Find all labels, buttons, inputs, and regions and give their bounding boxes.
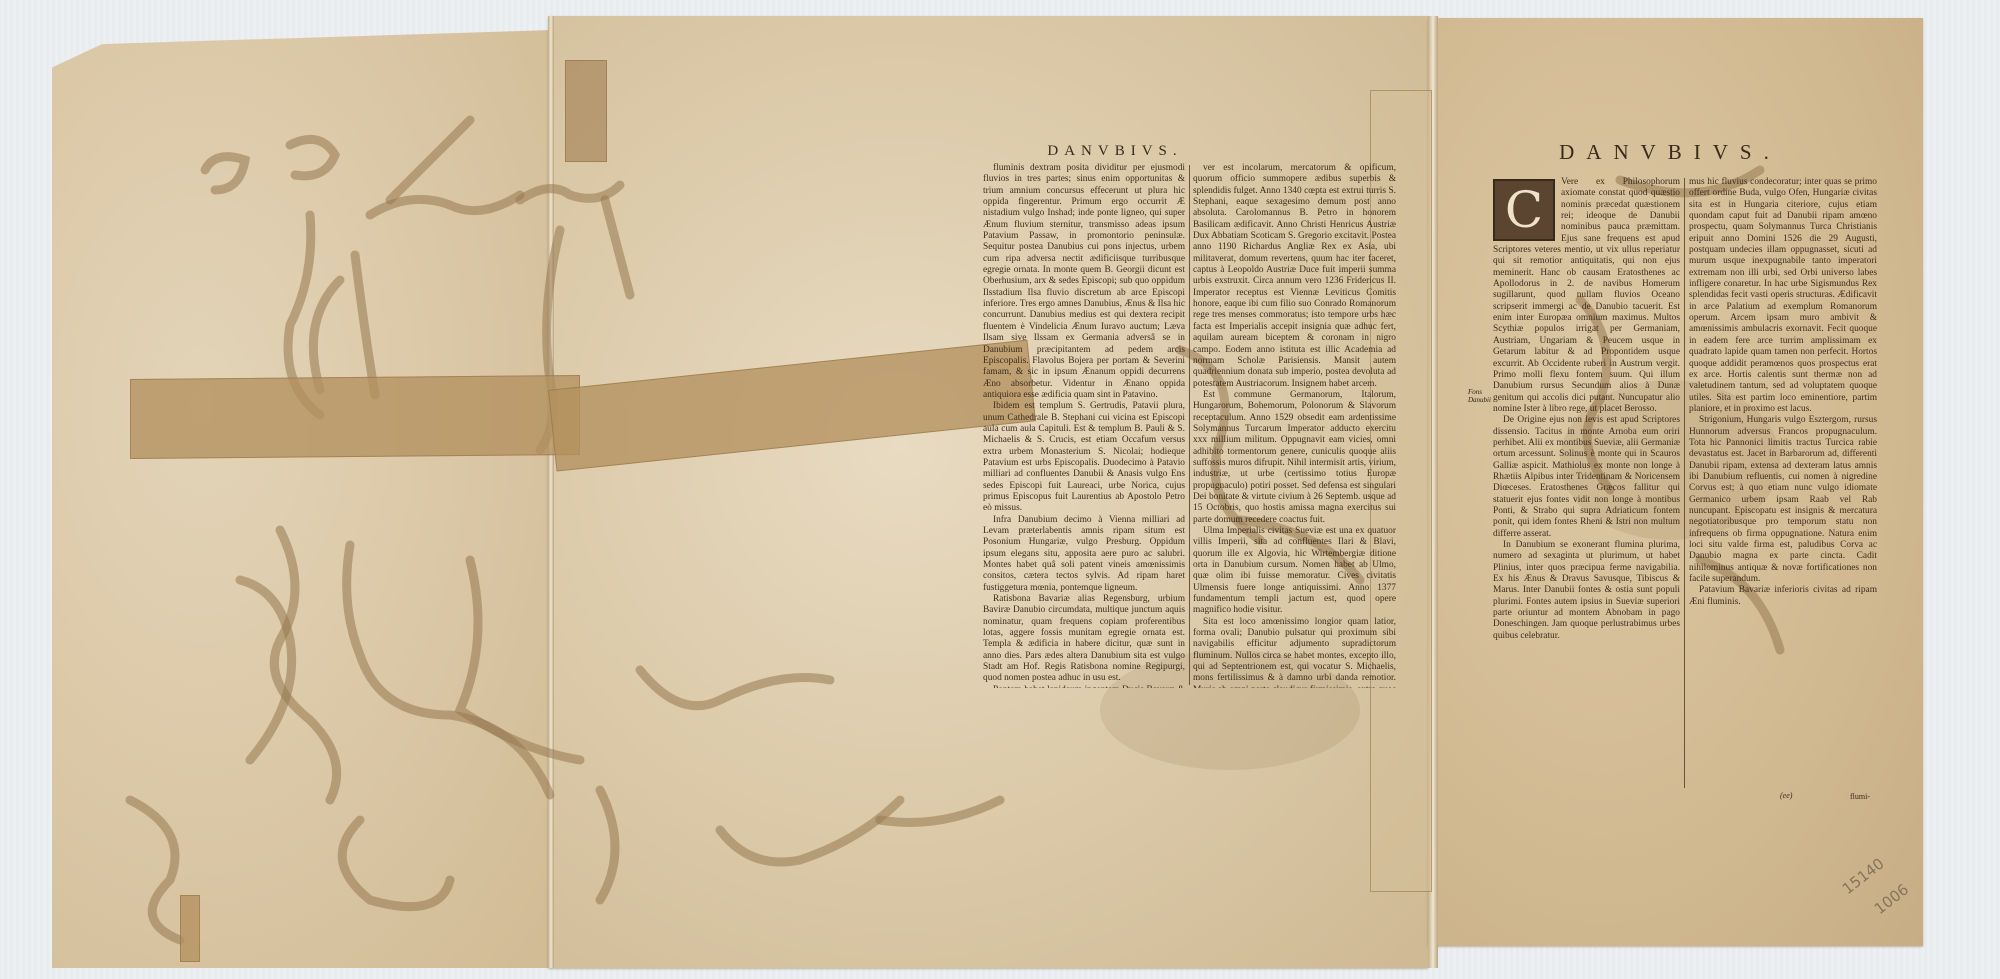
tape-repair-horizontal-left [130, 375, 580, 459]
tape-repair-top-seam [565, 60, 607, 162]
catchword: flumi- [1850, 792, 1870, 801]
column-rule [1684, 178, 1685, 788]
column-rule [1189, 165, 1190, 685]
paragraph: Ratisbona Bavariæ alias Regensburg, urbi… [983, 594, 1185, 685]
paragraph: In Danubium se exonerant flumina plurima… [1493, 540, 1680, 642]
decorative-drop-cap: C [1493, 179, 1555, 241]
paragraph: Sita est loco amœnissimo longior quam la… [1193, 617, 1396, 688]
paragraph: fluminis dextram posita dividitur per ej… [983, 163, 1185, 401]
fold-seam-left [548, 16, 554, 968]
paragraph: Infra Danubium decimo à Vienna milliari … [983, 515, 1185, 594]
paragraph: Pontem habet lapideum ingentem Ducis Bav… [983, 685, 1185, 688]
paragraph: Ibidem est templum S. Gertrudis, Patavii… [983, 401, 1185, 514]
paragraph: De Origine ejus non levis est apud Scrip… [1493, 415, 1680, 540]
paragraph: Patavium Bavariæ inferioris civitas ad r… [1689, 585, 1877, 608]
page-signature-mark: (ee) [1780, 791, 1792, 800]
tape-repair-small-bottom [180, 895, 200, 962]
paragraph: Ulma Imperialis civitas Sueviæ est una e… [1193, 526, 1396, 617]
paragraph: Est commune Germanorum, Italorum, Hungar… [1193, 390, 1396, 526]
text-column-middle-2: ver est incolarum, mercatorum & opificum… [1193, 163, 1396, 688]
text-column-right-1: C Vere ex Philosophorum axiomate constat… [1493, 177, 1680, 790]
paragraph: Strigonium, Hungaris vulgo Esztergom, ru… [1689, 415, 1877, 585]
text-column-middle-1: fluminis dextram posita dividitur per ej… [983, 163, 1185, 688]
paragraph: ver est incolarum, mercatorum & opificum… [1193, 163, 1396, 390]
paragraph: mus hic fluvius condecoratur; inter quas… [1689, 177, 1877, 415]
text-column-right-2: mus hic fluvius condecoratur; inter quas… [1689, 177, 1877, 790]
map-sheet-left-panel [52, 30, 552, 968]
page-title-right: DANVBIVS. [1540, 140, 1800, 165]
page-title-middle: DANVBIVS. [1005, 143, 1225, 160]
